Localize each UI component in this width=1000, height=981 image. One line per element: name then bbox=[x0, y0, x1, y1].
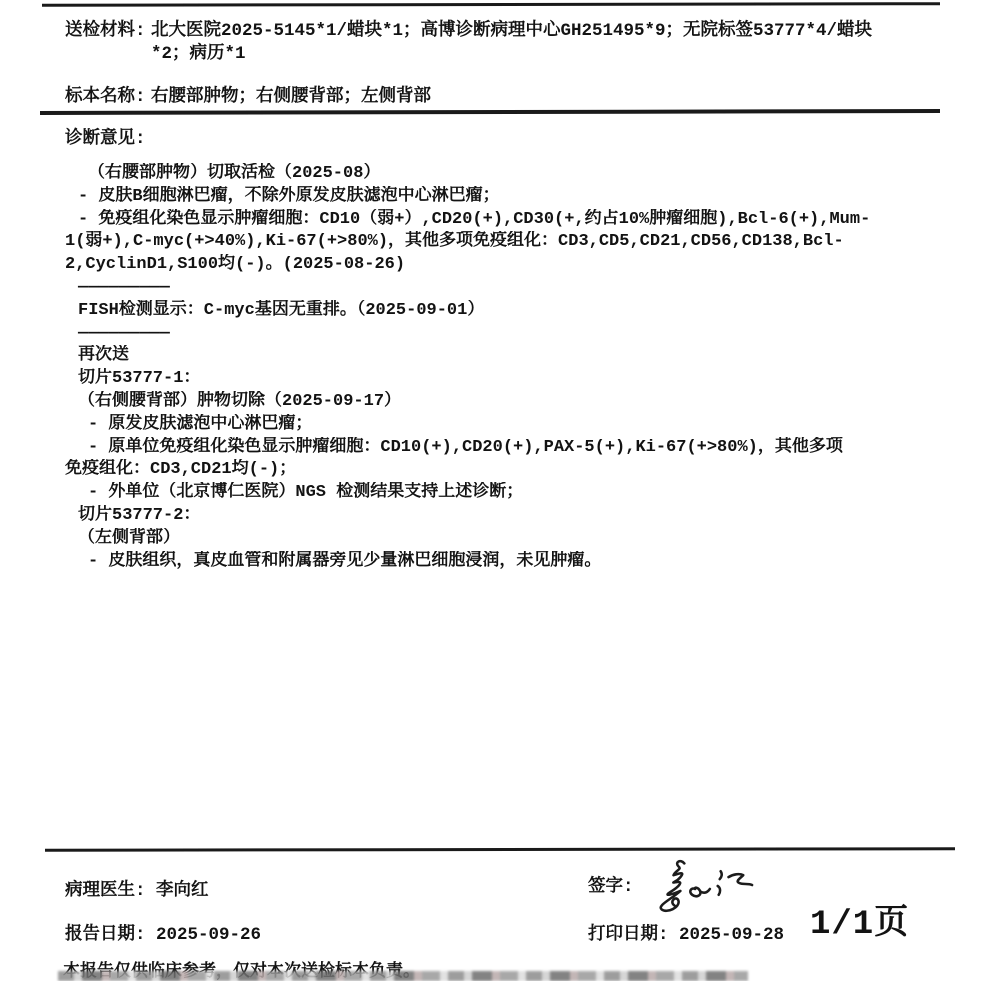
pathologist-name: 李向红 bbox=[156, 881, 209, 901]
report-date-row: 报告日期: 2025-09-26 bbox=[65, 920, 261, 945]
diagnosis-line: 1(弱+),C-myc(+>40%),Ki-67(+>80%)，其他多项免疫组化… bbox=[65, 231, 950, 254]
diagnosis-line: 切片53777-1： bbox=[65, 368, 950, 391]
print-date-label: 打印日期: bbox=[588, 925, 669, 945]
dash-separator: ————————— bbox=[65, 323, 950, 346]
diagnosis-line: （右腰部肿物）切取活检（2025-08） bbox=[65, 163, 950, 186]
pathologist-row: 病理医生: 李向红 bbox=[65, 876, 209, 901]
materials-value: 北大医院2025-5145*1/蜡块*1；高博诊断病理中心GH251495*9；… bbox=[151, 20, 872, 66]
diagnosis-line: （右侧腰背部）肿物切除（2025-09-17） bbox=[65, 391, 950, 414]
materials-line-2: *2；病历*1 bbox=[151, 43, 872, 66]
dash-separator: ————————— bbox=[65, 277, 950, 300]
diagnosis-line: 切片53777-2： bbox=[65, 505, 950, 528]
diagnosis-line: 免疫组化：CD3,CD21均(-)； bbox=[65, 459, 950, 482]
diagnosis-line: - 原单位免疫组化染色显示肿瘤细胞：CD10(+),CD20(+),PAX-5(… bbox=[65, 437, 950, 460]
diagnosis-line: - 原发皮肤滤泡中心淋巴瘤； bbox=[65, 414, 950, 437]
print-date-row: 打印日期: 2025-09-28 bbox=[588, 920, 784, 945]
header-body-divider bbox=[40, 109, 940, 115]
diagnosis-line: - 外单位（北京博仁医院）NGS 检测结果支持上述诊断； bbox=[65, 482, 950, 505]
diagnosis-line: 再次送 bbox=[65, 345, 950, 368]
specimen-label: 标本名称: bbox=[65, 86, 151, 109]
materials-line-1: 北大医院2025-5145*1/蜡块*1；高博诊断病理中心GH251495*9；… bbox=[151, 20, 872, 43]
diagnosis-line: （左侧背部） bbox=[65, 528, 950, 551]
report-date-label: 报告日期: bbox=[65, 925, 146, 945]
diagnosis-body: （右腰部肿物）切取活检（2025-08） - 皮肤B细胞淋巴瘤，不除外原发皮肤滤… bbox=[65, 163, 950, 573]
diagnosis-line: - 免疫组化染色显示肿瘤细胞：CD10（弱+）,CD20(+),CD30(+,约… bbox=[65, 209, 950, 232]
pathologist-label: 病理医生: bbox=[65, 881, 146, 901]
specimen-row: 标本名称: 右腰部肿物；右侧腰背部；左侧背部 bbox=[65, 86, 960, 109]
diagnosis-heading: 诊断意见: bbox=[65, 128, 950, 150]
pathology-report-page: 送检材料: 北大医院2025-5145*1/蜡块*1；高博诊断病理中心GH251… bbox=[0, 0, 1000, 981]
specimen-value: 右腰部肿物；右侧腰背部；左侧背部 bbox=[151, 86, 431, 109]
signature-label: 签字: bbox=[588, 872, 634, 897]
page-indicator: 1/1页 bbox=[810, 894, 909, 944]
diagnosis-line: 2,CyclinD1,S100均(-)。(2025-08-26) bbox=[65, 254, 950, 277]
report-date-value: 2025-09-26 bbox=[156, 925, 261, 945]
body-footer-divider bbox=[45, 847, 955, 852]
print-date-value: 2025-09-28 bbox=[679, 925, 784, 945]
diagnosis-line: - 皮肤组织，真皮血管和附属器旁见少量淋巴细胞浸润，未见肿瘤。 bbox=[65, 551, 950, 574]
diagnosis-line: - 皮肤B细胞淋巴瘤，不除外原发皮肤滤泡中心淋巴瘤； bbox=[65, 186, 950, 209]
diagnosis-line: FISH检测显示：C-myc基因无重排。（2025-09-01） bbox=[65, 300, 950, 323]
signature-handwriting-icon bbox=[648, 856, 756, 914]
diagnosis-section: 诊断意见: （右腰部肿物）切取活检（2025-08） - 皮肤B细胞淋巴瘤，不除… bbox=[65, 128, 950, 573]
scan-artifact-smudge bbox=[58, 971, 748, 981]
top-divider bbox=[42, 2, 940, 7]
materials-label: 送检材料: bbox=[65, 20, 151, 66]
materials-row: 送检材料: 北大医院2025-5145*1/蜡块*1；高博诊断病理中心GH251… bbox=[65, 20, 960, 66]
